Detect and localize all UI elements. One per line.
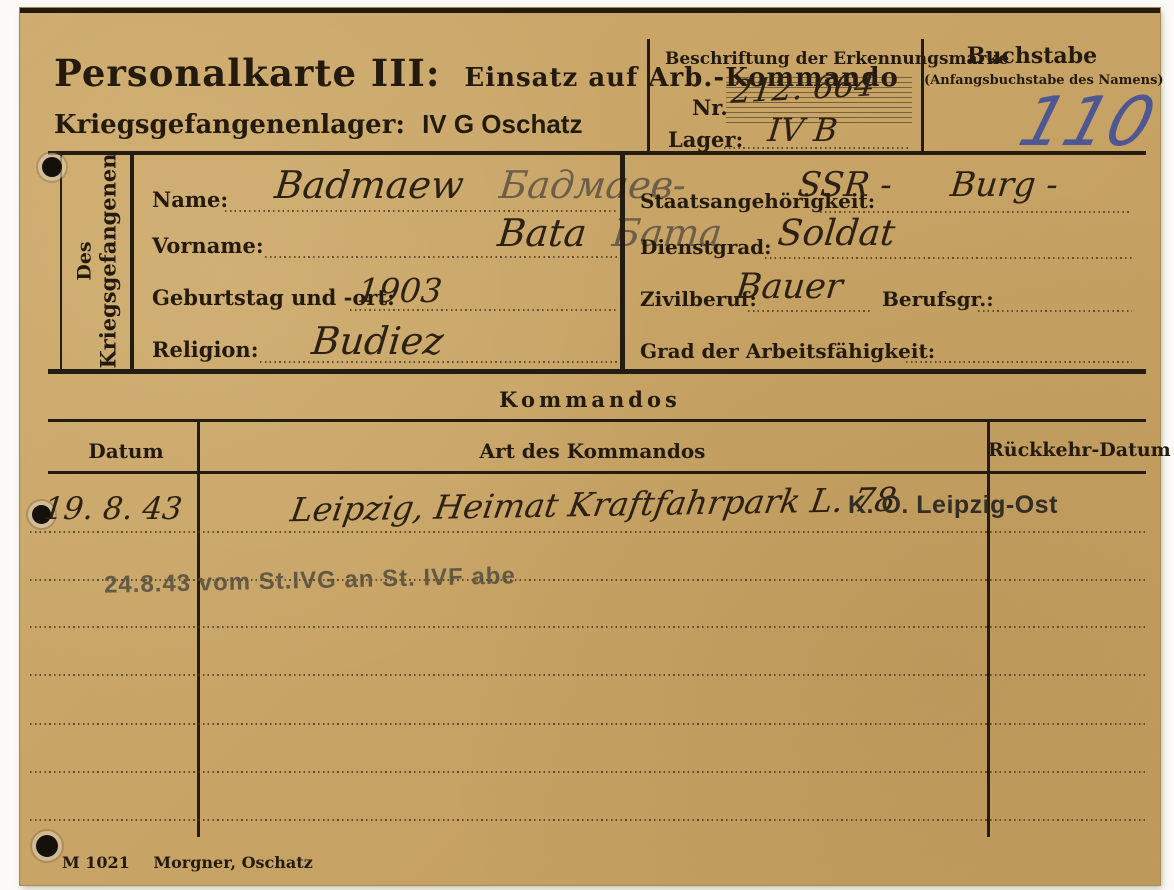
card-title-main: Personalkarte III:: [54, 51, 441, 95]
printer-name: Morgner, Oschatz: [153, 853, 312, 872]
table-divider-right: [987, 419, 990, 837]
lager-value: IV B: [766, 111, 839, 149]
camp-value: IV G Oschatz: [422, 109, 582, 139]
name-value: Badmaew Бадмаев-: [273, 163, 689, 207]
personal-section-bottom-line: [48, 369, 1146, 374]
printer-code: M 1021: [62, 853, 130, 872]
sidebar-right-border: [130, 153, 134, 369]
erkennungsmarke-left-border: [647, 39, 650, 151]
religion-label: Religion:: [152, 337, 258, 362]
table-row-line-3: [30, 626, 1146, 628]
kommandos-section-title: Kommandos: [20, 387, 1160, 412]
row1-kommando-stamp: K. O. Leipzig-Ost: [848, 491, 1058, 520]
middle-divider: [620, 153, 625, 369]
transfer-stamp: 24.8.43 vom St.IVG an St. IVF abe: [104, 562, 516, 599]
punch-hole-bottom: [36, 835, 58, 857]
table-divider-left: [197, 419, 200, 837]
name-label: Name:: [152, 187, 228, 212]
column-header-rueckkehr: Rückkehr-Datum: [988, 439, 1143, 461]
row1-art: Leipzig, Heimat Kraftfahrpark L. 78: [288, 480, 899, 530]
column-header-datum: Datum: [55, 439, 197, 463]
zivilberuf-dotted-line: [748, 310, 870, 312]
zivilberuf-value: Bauer: [734, 267, 845, 307]
vorname-value-latin: Bata: [496, 211, 589, 255]
table-row-line-1: [30, 531, 1146, 533]
column-header-art: Art des Kommandos: [197, 439, 988, 463]
berufsgr-dotted-line: [978, 310, 1132, 312]
staatsangehoerigkeit-value2: Burg -: [949, 165, 1060, 205]
arbeitsfaehigkeit-dotted-line: [906, 361, 1132, 363]
row1-datum: 19. 8. 43: [42, 491, 184, 527]
header-separator-line: [48, 151, 1146, 155]
camp-label: Kriegsgefangenenlager:: [54, 110, 405, 140]
buchstabe-title: Buchstabe: [924, 43, 1140, 69]
name-value-latin: Badmaew: [273, 163, 466, 207]
erkennungsmarke-nr-label: Nr.: [692, 95, 728, 120]
table-row-line-4: [30, 674, 1146, 676]
dienstgrad-dotted-line: [765, 257, 1132, 259]
vorname-label: Vorname:: [152, 233, 264, 258]
sidebar-line1: Des: [74, 153, 96, 368]
berufsgr-label: Berufsgr.:: [882, 287, 994, 311]
table-row-line-5: [30, 723, 1146, 725]
scanned-pow-card-page: { "header": { "title_main": "Personalkar…: [0, 0, 1174, 890]
dienstgrad-value: Soldat: [776, 213, 897, 254]
punch-hole-top: [42, 157, 62, 177]
staatsangehoerigkeit-value1: SSR -: [796, 165, 894, 205]
erkennungsmarke-nr-value: 212. 664: [729, 65, 877, 110]
table-row-line-7: [30, 819, 1146, 821]
personalkarte-card: Personalkarte III: Einsatz auf Arb.-Komm…: [20, 8, 1160, 885]
geburtstag-value: 1903: [356, 271, 444, 310]
vorname-dotted-line: [265, 256, 617, 258]
staatsangehoerigkeit-value: SSR - Burg -: [796, 165, 1060, 205]
sidebar-line2: Kriegsgefangenen: [96, 153, 121, 368]
religion-value: Budiez: [310, 319, 446, 363]
arbeitsfaehigkeit-label: Grad der Arbeitsfähigkeit:: [640, 339, 935, 363]
sidebar-box: Des Kriegsgefangenen: [60, 153, 132, 369]
table-header-bottom-line: [48, 471, 1146, 474]
table-row-line-6: [30, 771, 1146, 773]
camp-line: Kriegsgefangenenlager: IV G Oschatz: [54, 109, 582, 140]
table-top-line: [48, 419, 1146, 422]
printer-imprint: M 1021 Morgner, Oschatz: [62, 853, 313, 872]
dienstgrad-label: Dienstgrad:: [640, 235, 772, 259]
sidebar-vertical-label: Des Kriegsgefangenen: [74, 153, 121, 368]
